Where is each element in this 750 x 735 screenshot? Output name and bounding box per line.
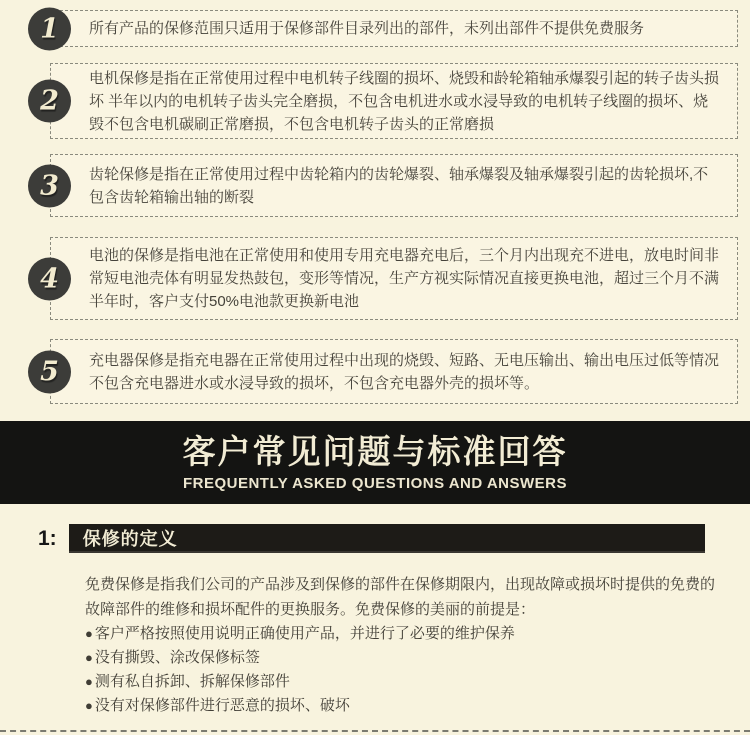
item-number-badge: 1 — [28, 7, 71, 50]
warranty-item-text: 电池的保修是指电池在正常使用和使用专用充电器充电后，三个月内出现充不进电，放电时… — [89, 244, 723, 313]
item-number-badge: 5 — [28, 350, 71, 393]
section-heading-bar: 保修的定义 — [69, 524, 705, 553]
list-item: ● 没有对保修部件进行恶意的损坏、破坏 — [85, 694, 722, 718]
item-number-badge: 4 — [28, 257, 71, 300]
bullet-icon: ● — [85, 646, 93, 670]
bullet-text: 客户严格按照使用说明正确使用产品，并进行了必要的维护保养 — [95, 622, 515, 646]
section-index: 1: — [38, 524, 57, 553]
bullet-icon: ● — [85, 694, 93, 718]
list-item: ● 测有私自拆卸、拆解保修部件 — [85, 670, 722, 694]
warranty-item: 2 电机保修是指在正常使用过程中电机转子线圈的损坏、烧毁和龄轮箱轴承爆裂引起的转… — [50, 63, 738, 139]
bullet-text: 没有撕毁、涂改保修标签 — [95, 646, 260, 670]
warranty-item: 5 充电器保修是指充电器在正常使用过程中出现的烧毁、短路、无电压输出、输出电压过… — [50, 339, 738, 404]
warranty-item: 3 齿轮保修是指在正常使用过程中齿轮箱内的齿轮爆裂、轴承爆裂及轴承爆裂引起的齿轮… — [50, 154, 738, 217]
warranty-item-text: 电机保修是指在正常使用过程中电机转子线圈的损坏、烧毁和龄轮箱轴承爆裂引起的转子齿… — [89, 67, 723, 136]
faq-banner-title: 客户常见问题与标准回答 — [183, 434, 568, 470]
faq-banner-subtitle: FREQUENTLY ASKED QUESTIONS AND ANSWERS — [183, 475, 567, 492]
warranty-item: 4 电池的保修是指电池在正常使用和使用专用充电器充电后，三个月内出现充不进电，放… — [50, 237, 738, 320]
section-header: 1: 保修的定义 — [38, 524, 750, 553]
item-number-badge: 3 — [28, 164, 71, 207]
bullet-icon: ● — [85, 622, 93, 646]
bullet-list: ● 客户严格按照使用说明正确使用产品，并进行了必要的维护保养 ● 没有撕毁、涂改… — [85, 622, 722, 718]
faq-banner: 客户常见问题与标准回答 FREQUENTLY ASKED QUESTIONS A… — [0, 421, 750, 504]
warranty-item-text: 所有产品的保修范围只适用于保修部件目录列出的部件，未列出部件不提供免费服务 — [89, 17, 644, 40]
list-item: ● 客户严格按照使用说明正确使用产品，并进行了必要的维护保养 — [85, 622, 722, 646]
section-heading-label: 保修的定义 — [83, 525, 178, 551]
section-body: 免费保修是指我们公司的产品涉及到保修的部件在保修期限内，出现故障或损坏时提供的免… — [85, 572, 722, 718]
bullet-icon: ● — [85, 670, 93, 694]
bullet-text: 没有对保修部件进行恶意的损坏、破坏 — [95, 694, 350, 718]
warranty-terms-list: 1 所有产品的保修范围只适用于保修部件目录列出的部件，未列出部件不提供免费服务 … — [0, 0, 750, 404]
item-number-badge: 2 — [28, 80, 71, 123]
warranty-item-text: 齿轮保修是指在正常使用过程中齿轮箱内的齿轮爆裂、轴承爆裂及轴承爆裂引起的齿轮损坏… — [89, 163, 723, 209]
bullet-text: 测有私自拆卸、拆解保修部件 — [95, 670, 290, 694]
bottom-dashed-divider — [0, 730, 750, 732]
warranty-faq-page: 1 所有产品的保修范围只适用于保修部件目录列出的部件，未列出部件不提供免费服务 … — [0, 0, 750, 735]
warranty-item: 1 所有产品的保修范围只适用于保修部件目录列出的部件，未列出部件不提供免费服务 — [50, 10, 738, 47]
section-paragraph: 免费保修是指我们公司的产品涉及到保修的部件在保修期限内，出现故障或损坏时提供的免… — [85, 572, 722, 622]
list-item: ● 没有撕毁、涂改保修标签 — [85, 646, 722, 670]
warranty-item-text: 充电器保修是指充电器在正常使用过程中出现的烧毁、短路、无电压输出、输出电压过低等… — [89, 349, 723, 395]
